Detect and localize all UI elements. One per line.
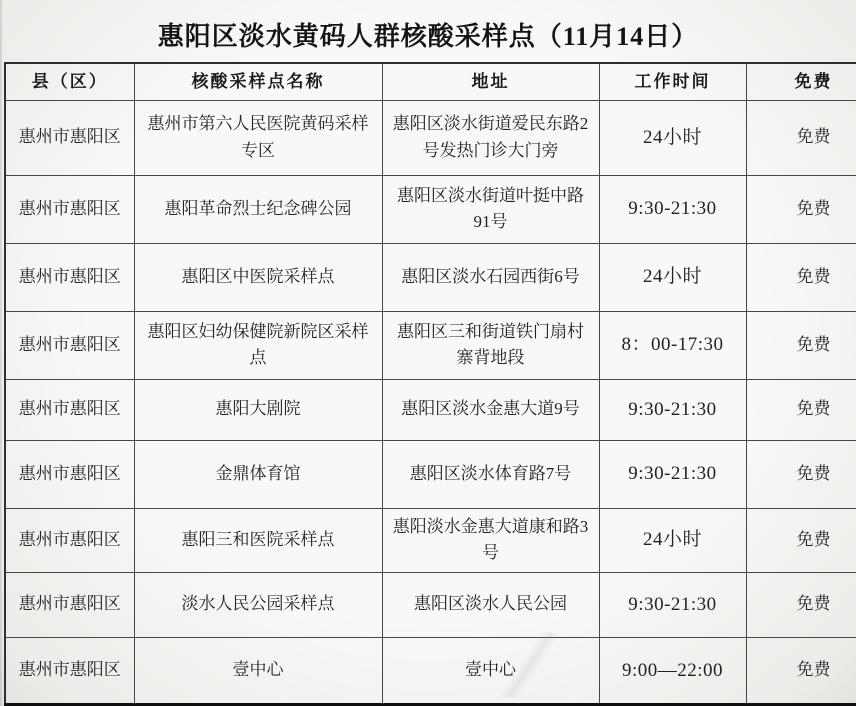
document-page: 惠阳区淡水黄码人群核酸采样点（11月14日） 县（区）核酸采样点名称地址工作时间…	[0, 0, 856, 706]
table-cell-district: 惠州市惠阳区	[5, 379, 134, 440]
header-cell-fee: 免费	[746, 63, 856, 100]
header-row: 县（区）核酸采样点名称地址工作时间免费	[5, 63, 856, 100]
header-cell-district: 县（区）	[5, 63, 134, 100]
table-cell-fee: 免费	[746, 379, 856, 440]
page-title: 惠阳区淡水黄码人群核酸采样点（11月14日）	[0, 0, 856, 62]
table-cell-district: 惠州市惠阳区	[5, 175, 134, 243]
table-cell-district: 惠州市惠阳区	[5, 243, 134, 311]
table-cell-hours: 24小时	[599, 243, 746, 311]
header-cell-address: 地址	[382, 63, 599, 100]
table-cell-address: 惠阳区淡水街道叶挺中路91号	[382, 175, 599, 243]
table-cell-address: 惠阳区淡水体育路7号	[382, 440, 599, 508]
table-cell-hours: 9:30-21:30	[599, 440, 746, 508]
table-cell-site-name: 惠阳革命烈士纪念碑公园	[134, 175, 382, 243]
photo-edge-shade	[0, 0, 3, 706]
table-cell-hours: 9:30-21:30	[599, 572, 746, 637]
table-cell-hours: 24小时	[599, 100, 746, 175]
table-row: 惠州市惠阳区惠阳革命烈士纪念碑公园惠阳区淡水街道叶挺中路91号9:30-21:3…	[5, 175, 856, 243]
table-cell-site-name: 壹中心	[134, 637, 382, 705]
table-cell-hours: 24小时	[599, 508, 746, 572]
table-row: 惠州市惠阳区惠阳区妇幼保健院新院区采样点惠阳区三和街道铁门扇村寨背地段8：00-…	[5, 311, 856, 379]
table-cell-address: 惠阳区淡水街道爱民东路2号发热门诊大门旁	[382, 100, 599, 175]
table-cell-fee: 免费	[746, 100, 856, 175]
table-cell-site-name: 惠阳区妇幼保健院新院区采样点	[134, 311, 382, 379]
table-cell-address: 惠阳区三和街道铁门扇村寨背地段	[382, 311, 599, 379]
table-cell-fee: 免费	[746, 175, 856, 243]
table-cell-fee: 免费	[746, 311, 856, 379]
table-row: 惠州市惠阳区惠阳三和医院采样点惠阳淡水金惠大道康和路3号24小时免费	[5, 508, 856, 572]
header-cell-site-name: 核酸采样点名称	[134, 63, 382, 100]
table-cell-fee: 免费	[746, 508, 856, 572]
table-cell-site-name: 金鼎体育馆	[134, 440, 382, 508]
table-cell-fee: 免费	[746, 637, 856, 705]
table-cell-address: 惠阳区淡水石园西街6号	[382, 243, 599, 311]
table-row: 惠州市惠阳区金鼎体育馆惠阳区淡水体育路7号9:30-21:30免费	[5, 440, 856, 508]
table-cell-site-name: 惠州市第六人民医院黄码采样专区	[134, 100, 382, 175]
table-cell-district: 惠州市惠阳区	[5, 311, 134, 379]
table-row: 惠州市惠阳区惠阳区中医院采样点惠阳区淡水石园西街6号24小时免费	[5, 243, 856, 311]
table-row: 惠州市惠阳区惠阳大剧院惠阳区淡水金惠大道9号9:30-21:30免费	[5, 379, 856, 440]
table-row: 惠州市惠阳区惠州市第六人民医院黄码采样专区惠阳区淡水街道爱民东路2号发热门诊大门…	[5, 100, 856, 175]
table-cell-address: 壹中心	[382, 637, 599, 705]
table-cell-address: 惠阳淡水金惠大道康和路3号	[382, 508, 599, 572]
table-cell-district: 惠州市惠阳区	[5, 572, 134, 637]
table-cell-fee: 免费	[746, 572, 856, 637]
table-cell-hours: 9:30-21:30	[599, 175, 746, 243]
table-cell-address: 惠阳区淡水人民公园	[382, 572, 599, 637]
table-cell-district: 惠州市惠阳区	[5, 637, 134, 705]
table-row: 惠州市惠阳区淡水人民公园采样点惠阳区淡水人民公园9:30-21:30免费	[5, 572, 856, 637]
table-cell-site-name: 惠阳三和医院采样点	[134, 508, 382, 572]
table-cell-fee: 免费	[746, 440, 856, 508]
table-cell-hours: 9:30-21:30	[599, 379, 746, 440]
table-cell-hours: 8：00-17:30	[599, 311, 746, 379]
table-row: 惠州市惠阳区壹中心壹中心9:00—22:00免费	[5, 637, 856, 705]
header-cell-hours: 工作时间	[599, 63, 746, 100]
table-body: 惠州市惠阳区惠州市第六人民医院黄码采样专区惠阳区淡水街道爱民东路2号发热门诊大门…	[5, 100, 856, 705]
table-cell-site-name: 惠阳区中医院采样点	[134, 243, 382, 311]
table-cell-hours: 9:00—22:00	[599, 637, 746, 705]
table-cell-site-name: 惠阳大剧院	[134, 379, 382, 440]
table-cell-district: 惠州市惠阳区	[5, 508, 134, 572]
table-cell-district: 惠州市惠阳区	[5, 100, 134, 175]
table-cell-address: 惠阳区淡水金惠大道9号	[382, 379, 599, 440]
table-cell-fee: 免费	[746, 243, 856, 311]
table-cell-district: 惠州市惠阳区	[5, 440, 134, 508]
table-cell-site-name: 淡水人民公园采样点	[134, 572, 382, 637]
sampling-points-table: 县（区）核酸采样点名称地址工作时间免费 惠州市惠阳区惠州市第六人民医院黄码采样专…	[4, 62, 856, 706]
